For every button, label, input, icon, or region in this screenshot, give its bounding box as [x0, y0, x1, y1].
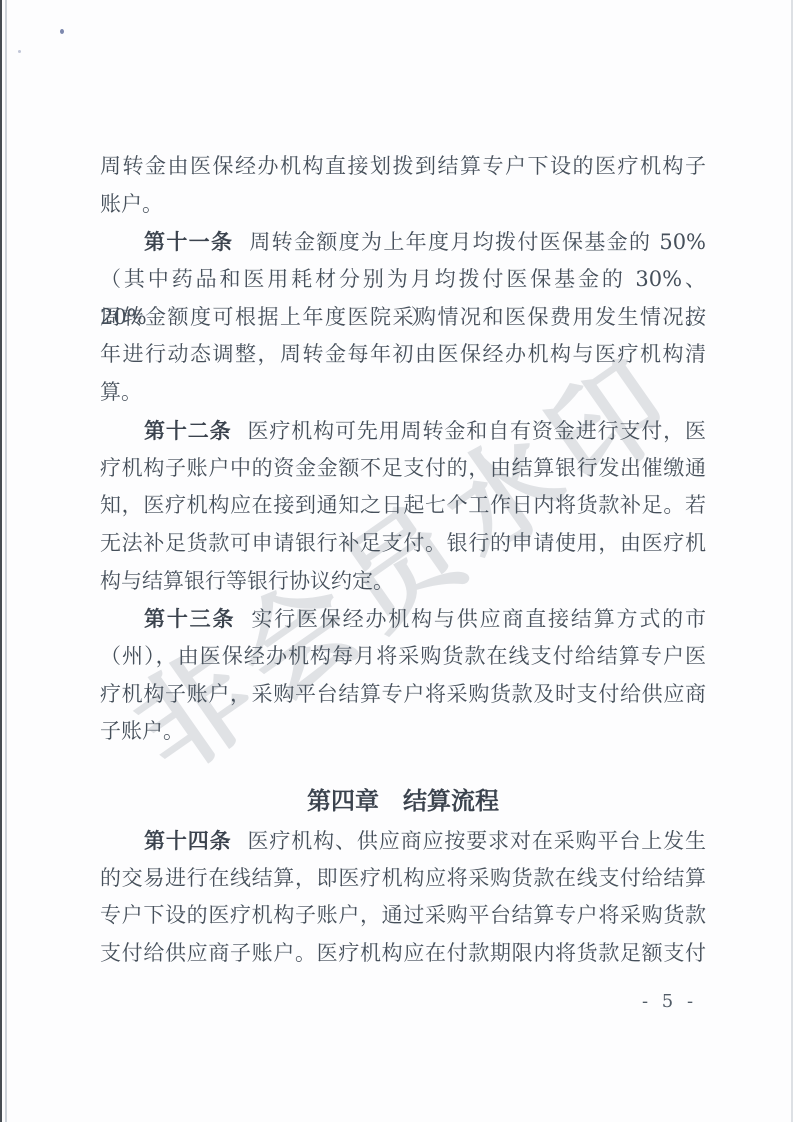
document-line: 专户下设的医疗机构子账户，通过采购平台结算专户将采购货款 — [100, 897, 706, 935]
line-text: 医疗机构、供应商应按要求对在采购平台上发生 — [248, 829, 707, 853]
scan-left-edge-dark — [0, 0, 2, 1122]
document-line: 无法补足货款可申请银行补足支付。银行的申请使用，由医疗机 — [100, 525, 706, 563]
document-line: 支付给供应商子账户。医疗机构应在付款期限内将货款足额支付 — [100, 935, 706, 973]
line-text: 账户。 — [100, 192, 163, 216]
line-text: 周转金额度可根据上年度医院采购情况和医保费用发生情况按 — [100, 305, 706, 329]
scan-left-edge-gray — [5, 0, 7, 1122]
line-text: 专户下设的医疗机构子账户，通过采购平台结算专户将采购货款 — [100, 903, 706, 927]
line-text: 支付给供应商子账户。医疗机构应在付款期限内将货款足额支付 — [100, 941, 706, 965]
article-number: 第十四条 — [144, 828, 232, 853]
chapter-heading: 第四章 结算流程 — [100, 781, 706, 821]
article-number: 第十二条 — [144, 418, 232, 443]
line-text: 实行医保经办机构与供应商直接结算方式的市 — [251, 607, 706, 631]
document-line: 第十一条周转金额度为上年度月均拨付医保基金的 50% — [100, 223, 706, 261]
line-text: 疗机构子账户中的资金金额不足支付的，由结算银行发出催缴通 — [100, 456, 706, 480]
line-text: 子账户。 — [100, 719, 184, 743]
document-line: 周转金由医保经办机构直接划拨到结算专户下设的医疗机构子 — [100, 148, 706, 186]
line-text: 周转金由医保经办机构直接划拨到结算专户下设的医疗机构子 — [100, 154, 706, 178]
scan-speck — [18, 50, 21, 53]
document-line: 子账户。 — [100, 713, 706, 751]
article-number: 第十三条 — [144, 606, 235, 631]
line-text: 医疗机构可先用周转金和自有资金进行支付，医 — [248, 419, 707, 443]
line-text: 周转金额度为上年度月均拨付医保基金的 50% — [249, 230, 706, 254]
line-text: 知，医疗机构应在接到通知之日起七个工作日内将货款补足。若 — [100, 493, 706, 517]
document-line: 第十二条医疗机构可先用周转金和自有资金进行支付，医 — [100, 412, 706, 450]
document-line: 第十三条实行医保经办机构与供应商直接结算方式的市 — [100, 600, 706, 638]
document-line: 算。 — [100, 374, 706, 412]
line-text: 无法补足货款可申请银行补足支付。银行的申请使用，由医疗机 — [100, 531, 706, 555]
document-line: 周转金额度可根据上年度医院采购情况和医保费用发生情况按 — [100, 299, 706, 337]
article-number: 第十一条 — [144, 229, 233, 254]
line-text: 的交易进行在线结算，即医疗机构应将采购货款在线支付给结算 — [100, 866, 706, 890]
document-body: 周转金由医保经办机构直接划拨到结算专户下设的医疗机构子账户。第十一条周转金额度为… — [100, 148, 706, 973]
line-text: 疗机构子账户，采购平台结算专户将采购货款及时支付给供应商 — [100, 682, 706, 706]
document-line: 账户。 — [100, 186, 706, 224]
line-text: 年进行动态调整，周转金每年初由医保经办机构与医疗机构清 — [100, 342, 706, 366]
scanned-document-page: 非会员水印 周转金由医保经办机构直接划拨到结算专户下设的医疗机构子账户。第十一条… — [0, 0, 793, 1122]
line-text: 构与结算银行等银行协议约定。 — [100, 569, 394, 593]
document-line: （州），由医保经办机构每月将采购货款在线支付给结算专户医 — [100, 638, 706, 676]
line-text: （州），由医保经办机构每月将采购货款在线支付给结算专户医 — [100, 644, 706, 668]
document-line: 疗机构子账户，采购平台结算专户将采购货款及时支付给供应商 — [100, 676, 706, 714]
document-line: 第十四条医疗机构、供应商应按要求对在采购平台上发生 — [100, 822, 706, 860]
document-line: 构与结算银行等银行协议约定。 — [100, 563, 706, 601]
document-line: （其中药品和医用耗材分别为月均拨付医保基金的 30%、20%）。 — [100, 261, 706, 299]
line-text: 算。 — [100, 380, 142, 404]
document-line: 年进行动态调整，周转金每年初由医保经办机构与医疗机构清 — [100, 336, 706, 374]
line-text: 第四章 结算流程 — [307, 786, 499, 815]
page-number: - 5 - — [642, 991, 697, 1012]
document-line: 的交易进行在线结算，即医疗机构应将采购货款在线支付给结算 — [100, 860, 706, 898]
scan-speck — [60, 29, 64, 34]
document-line: 疗机构子账户中的资金金额不足支付的，由结算银行发出催缴通 — [100, 450, 706, 488]
document-line: 知，医疗机构应在接到通知之日起七个工作日内将货款补足。若 — [100, 487, 706, 525]
